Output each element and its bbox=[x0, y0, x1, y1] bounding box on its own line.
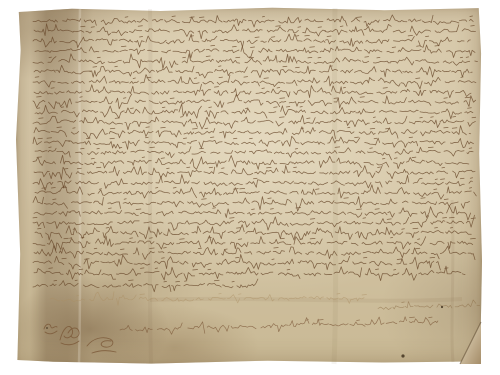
handwriting-line bbox=[35, 104, 473, 119]
ink-spot bbox=[401, 354, 404, 357]
ink-spot bbox=[441, 306, 443, 308]
paraph-flourish bbox=[87, 338, 116, 353]
handwriting-line bbox=[33, 94, 476, 109]
handwriting-line bbox=[34, 245, 475, 260]
handwriting-line bbox=[35, 147, 473, 160]
handwriting-line bbox=[33, 279, 258, 292]
corner-fold bbox=[460, 322, 481, 364]
manuscript-overlay bbox=[0, 0, 500, 375]
handwriting-line bbox=[34, 206, 471, 220]
crease-lines bbox=[79, 8, 462, 364]
handwriting-line bbox=[33, 34, 470, 48]
handwriting-text-block bbox=[33, 15, 480, 334]
handwriting-line bbox=[33, 196, 470, 211]
handwriting-line bbox=[33, 75, 476, 89]
handwriting-line bbox=[34, 165, 475, 179]
handwriting-line bbox=[35, 45, 475, 58]
photograph-canvas bbox=[0, 0, 500, 375]
handwriting-line bbox=[33, 215, 476, 230]
handwriting-line bbox=[33, 15, 473, 27]
handwriting-line bbox=[35, 225, 471, 240]
handwriting-line bbox=[33, 54, 478, 69]
handwriting-line bbox=[33, 236, 475, 251]
left-subscription-mark bbox=[44, 324, 57, 334]
handwriting-line bbox=[33, 255, 440, 271]
notarial-marks bbox=[44, 306, 443, 358]
handwriting-line bbox=[34, 126, 471, 139]
handwriting-line bbox=[33, 175, 473, 191]
handwriting-line bbox=[35, 185, 476, 199]
handwriting-line bbox=[34, 65, 472, 78]
ink-spot bbox=[46, 327, 48, 329]
notary-sign-flourish bbox=[60, 326, 79, 344]
handwriting-line bbox=[33, 115, 476, 129]
handwriting-line bbox=[120, 317, 438, 335]
handwriting-line bbox=[33, 136, 474, 149]
handwriting-line bbox=[34, 266, 465, 281]
